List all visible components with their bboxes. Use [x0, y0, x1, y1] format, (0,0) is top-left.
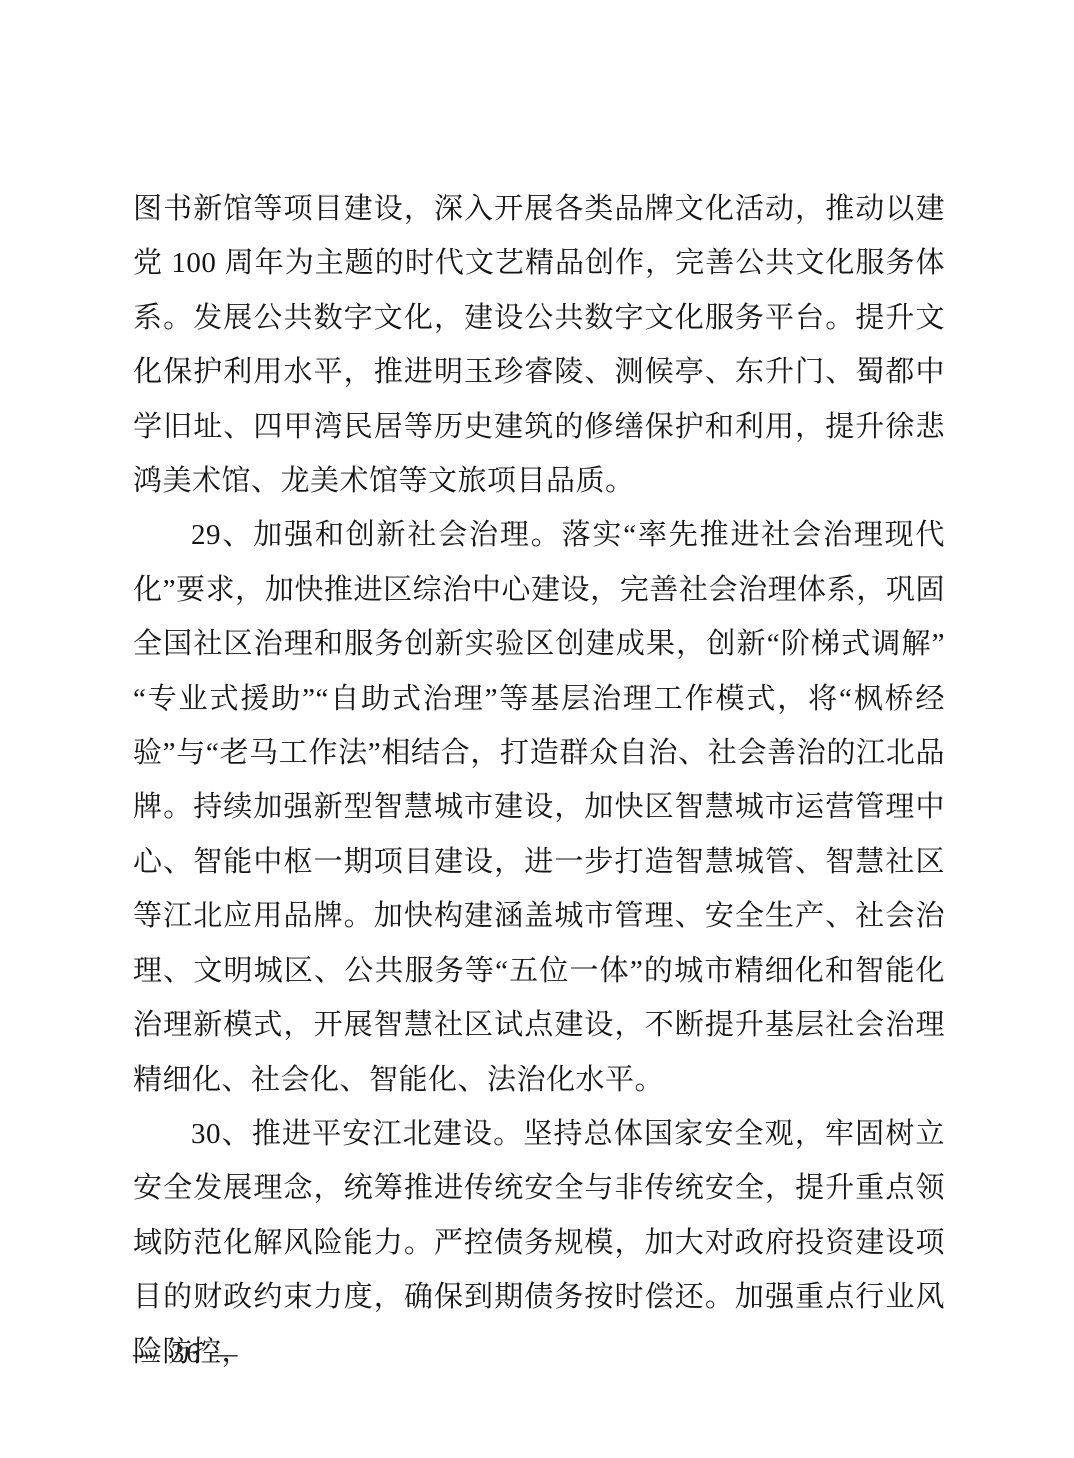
- page-number: — 36 —: [133, 1338, 240, 1369]
- page-body-text: 图书新馆等项目建设，深入开展各类品牌文化活动，推动以建党 100 周年为主题的时…: [133, 182, 945, 1379]
- paragraph-item-30: 30、推进平安江北建设。坚持总体国家安全观，牢固树立安全发展理念，统筹推进传统安…: [133, 1107, 945, 1379]
- document-page: 图书新馆等项目建设，深入开展各类品牌文化活动，推动以建党 100 周年为主题的时…: [0, 0, 1074, 1458]
- paragraph-item-29: 29、加强和创新社会治理。落实“率先推进社会治理现代化”要求，加快推进区综治中心…: [133, 508, 945, 1106]
- paragraph-continuation: 图书新馆等项目建设，深入开展各类品牌文化活动，推动以建党 100 周年为主题的时…: [133, 182, 945, 508]
